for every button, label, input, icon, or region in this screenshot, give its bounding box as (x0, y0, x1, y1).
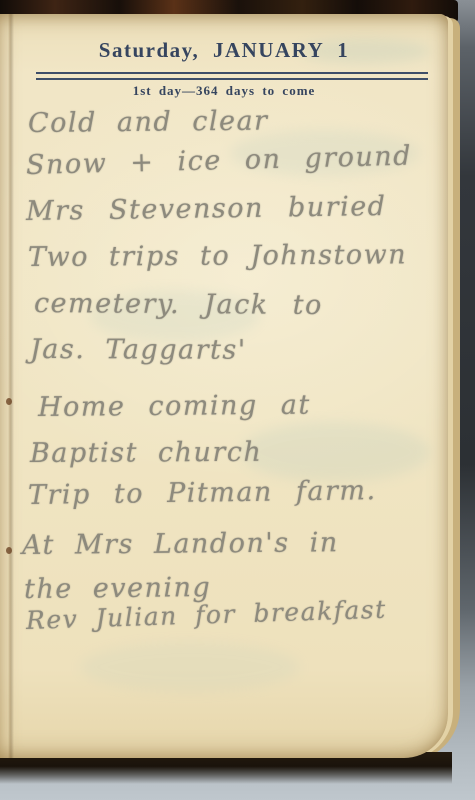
entry-line: Home coming at (38, 390, 311, 423)
entry-line: At Mrs Landon's in (22, 527, 339, 561)
entry-line: Cold and clear (28, 105, 269, 139)
entry-line: cemetery. Jack to (34, 288, 323, 321)
scanned-diary-page: Saturday, JANUARY 1 1st day—364 days to … (0, 0, 475, 800)
entry-line: Two trips to Johnstown (28, 239, 407, 273)
entry-line: Trip to Pitman farm. (28, 475, 377, 511)
entry-line: Baptist church (30, 437, 262, 469)
diary-page: Saturday, JANUARY 1 1st day—364 days to … (0, 14, 448, 758)
entry-line: Snow + ice on ground (26, 141, 413, 181)
diary-entry: Cold and clear Snow + ice on ground Mrs … (0, 14, 448, 758)
entry-line: Mrs Stevenson buried (26, 191, 387, 227)
entry-line: Jas. Taggarts' (30, 334, 247, 366)
